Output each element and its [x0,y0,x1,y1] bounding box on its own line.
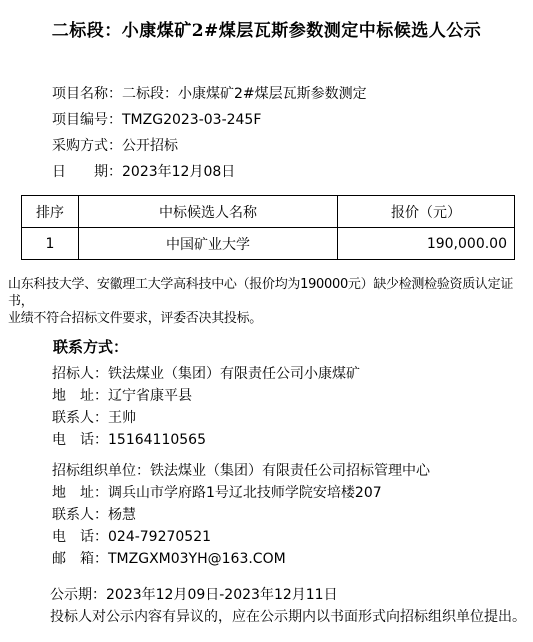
organizer-contact-person-row: 联系人：杨慧 [52,504,533,526]
organizer-address-value: 调兵山市学府路1号辽北技师学院安培楼207 [108,485,382,501]
organizer-contact-person-label: 联系人： [52,507,108,523]
candidates-table: 排序 中标候选人名称 报价（元） 1 中国矿业大学 190,000.00 [21,195,515,260]
procurement-method-row: 采购方式：公开招标 [52,133,533,159]
rejection-note-line-2: 业绩不符合招标文件要求，评委否决其投标。 [8,310,529,327]
table-row: 1 中国矿业大学 190,000.00 [22,228,515,260]
organizer-contact-block: 招标组织单位：铁法煤业（集团）有限责任公司招标管理中心 地 址：调兵山市学府路1… [52,460,533,570]
organizer-email-row: 邮 箱：TMZGXM03YH@163.COM [52,548,533,570]
objection-note-line: 投标人对公示内容有异议的，应在公示期内以书面形式向招标组织单位提出。 [50,606,533,628]
cell-candidate-name: 中国矿业大学 [79,228,338,260]
tenderer-contact-person-value: 王帅 [108,410,136,426]
organizer-address-label: 地 址： [52,485,108,501]
publicity-period-line: 公示期：2023年12月09日-2023年12月11日 [50,584,533,606]
project-number-row: 项目编号：TMZG2023-03-245F [52,107,533,133]
tenderer-phone-value: 15164110565 [108,432,206,448]
project-number-label: 项目编号： [52,112,122,128]
tenderer-address-label: 地 址： [52,388,108,404]
tenderer-phone-label: 电 话： [52,432,108,448]
contact-section-heading: 联系方式： [53,336,533,357]
organizer-phone-label: 电 话： [52,529,108,545]
tenderer-address-value: 辽宁省康平县 [108,388,192,404]
project-name-row: 项目名称：二标段：小康煤矿2#煤层瓦斯参数测定 [52,81,533,107]
page-title: 二标段：小康煤矿2#煤层瓦斯参数测定中标候选人公示 [0,0,533,41]
organizer-label: 招标组织单位： [52,463,150,479]
date-value: 2023年12月08日 [122,164,235,180]
tenderer-value: 铁法煤业（集团）有限责任公司小康煤矿 [108,366,360,382]
tenderer-contact-person-label: 联系人： [52,410,108,426]
project-number-value: TMZG2023-03-245F [122,112,261,128]
organizer-email-label: 邮 箱： [52,551,108,567]
project-name-label: 项目名称： [52,86,122,102]
table-header-row: 排序 中标候选人名称 报价（元） [22,196,515,228]
organizer-row: 招标组织单位：铁法煤业（集团）有限责任公司招标管理中心 [52,460,533,482]
tenderer-address-row: 地 址：辽宁省康平县 [52,385,533,407]
organizer-contact-person-value: 杨慧 [108,507,136,523]
organizer-value: 铁法煤业（集团）有限责任公司招标管理中心 [150,463,430,479]
organizer-address-row: 地 址：调兵山市学府路1号辽北技师学院安培楼207 [52,482,533,504]
procurement-method-value: 公开招标 [122,138,178,154]
cell-price: 190,000.00 [338,228,515,260]
project-name-value: 二标段：小康煤矿2#煤层瓦斯参数测定 [122,86,367,102]
procurement-method-label: 采购方式： [52,138,122,154]
cell-rank: 1 [22,228,79,260]
tenderer-contact-block: 招标人：铁法煤业（集团）有限责任公司小康煤矿 地 址：辽宁省康平县 联系人：王帅… [52,363,533,451]
header-price: 报价（元） [338,196,515,228]
tenderer-label: 招标人： [52,366,108,382]
date-row: 日 期：2023年12月08日 [52,159,533,185]
organizer-phone-row: 电 话：024-79270521 [52,526,533,548]
rejection-note-line-1: 山东科技大学、安徽理工大学高科技中心（报价均为190000元）缺少检测检验资质认… [8,276,529,310]
rejection-note: 山东科技大学、安徽理工大学高科技中心（报价均为190000元）缺少检测检验资质认… [8,276,529,327]
footer-block: 公示期：2023年12月09日-2023年12月11日 投标人对公示内容有异议的… [50,584,533,628]
organizer-email-value: TMZGXM03YH@163.COM [108,551,286,567]
project-info-block: 项目名称：二标段：小康煤矿2#煤层瓦斯参数测定 项目编号：TMZG2023-03… [52,81,533,185]
tenderer-contact-person-row: 联系人：王帅 [52,407,533,429]
organizer-phone-value: 024-79270521 [108,529,211,545]
tenderer-phone-row: 电 话：15164110565 [52,429,533,451]
header-candidate-name: 中标候选人名称 [79,196,338,228]
date-label: 日 期： [52,164,122,180]
header-rank: 排序 [22,196,79,228]
tenderer-row: 招标人：铁法煤业（集团）有限责任公司小康煤矿 [52,363,533,385]
